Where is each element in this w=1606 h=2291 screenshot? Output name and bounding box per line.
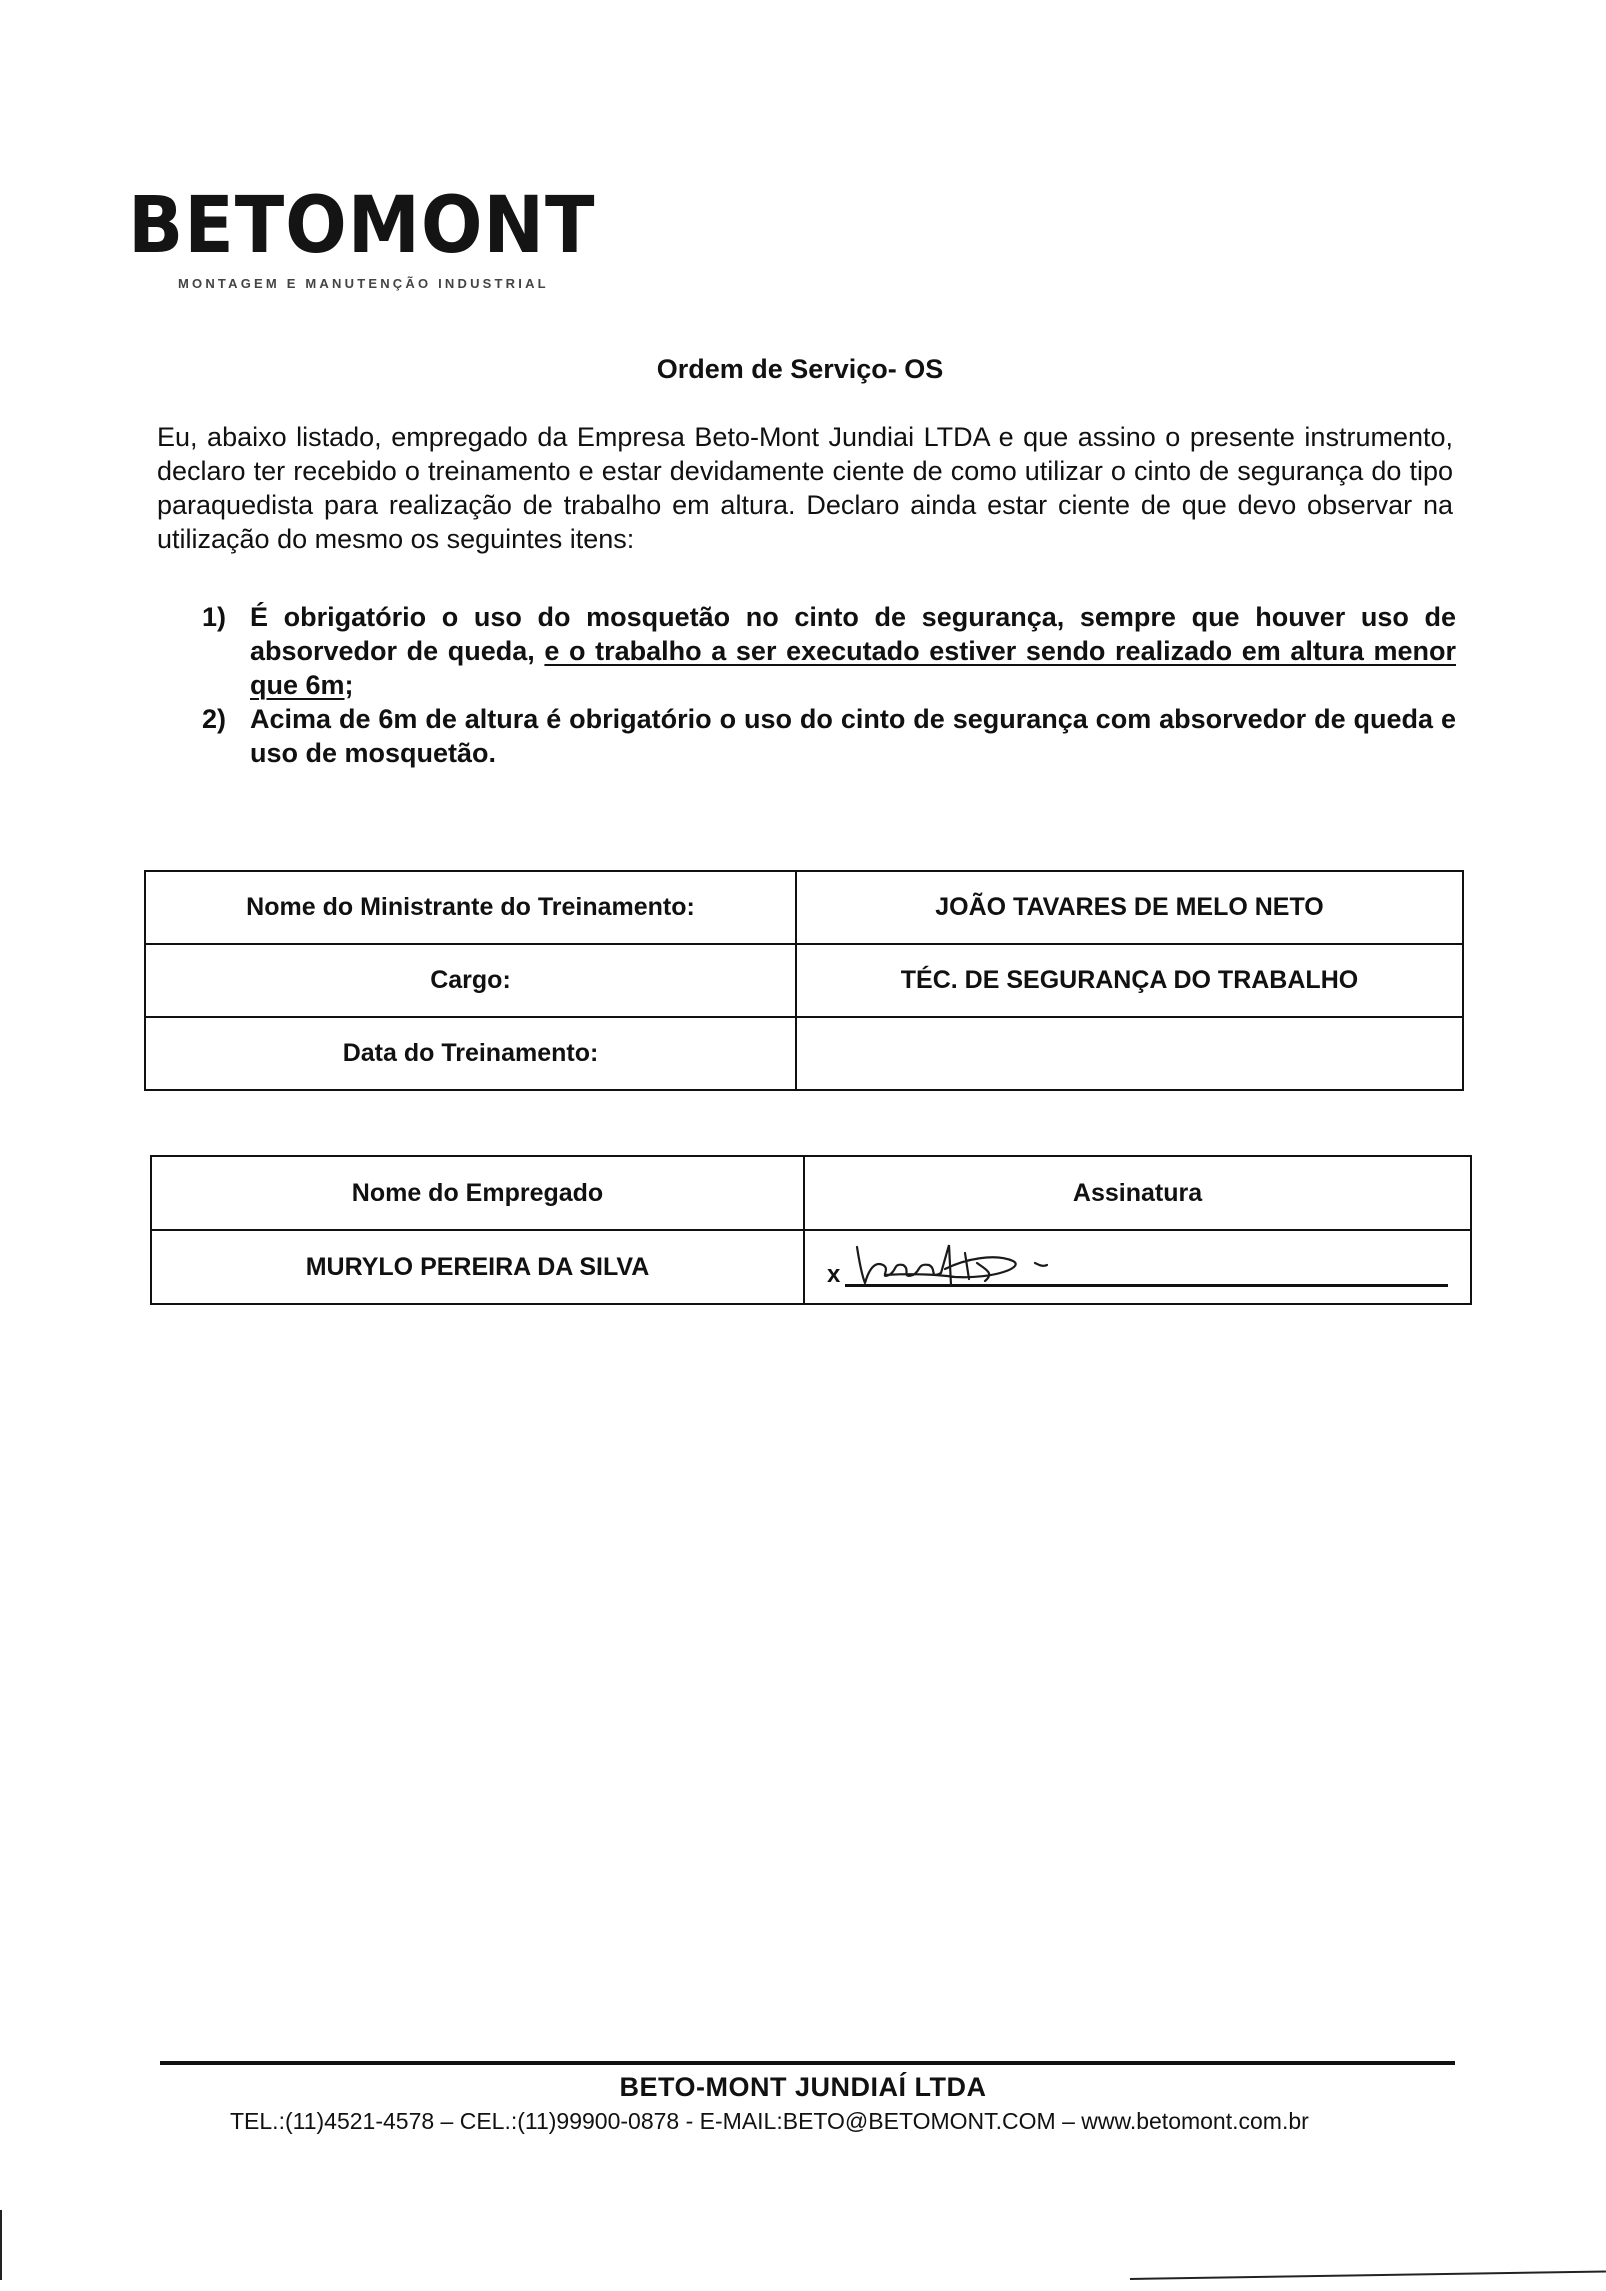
company-logo: BETOMONT — [128, 186, 547, 266]
table-header-row: Nome do Empregado Assinatura — [151, 1156, 1471, 1230]
list-item-number: 2) — [202, 702, 226, 736]
footer-contact-info: TEL.:(11)4521-4578 – CEL.:(11)99900-0878… — [230, 2108, 1430, 2135]
scan-edge-mark — [0, 2210, 2, 2280]
table-row: MURYLO PEREIRA DA SILVA x — [151, 1230, 1471, 1304]
trainer-name-label: Nome do Ministrante do Treinamento: — [145, 871, 796, 944]
requirements-list: 1) É obrigatório o uso do mosquetão no c… — [196, 600, 1456, 770]
employee-signature-table: Nome do Empregado Assinatura MURYLO PERE… — [150, 1155, 1472, 1305]
company-logo-tagline: MONTAGEM E MANUTENÇÃO INDUSTRIAL — [178, 276, 538, 291]
training-date-value — [796, 1017, 1463, 1090]
trainer-role-label: Cargo: — [145, 944, 796, 1017]
employee-name-value: MURYLO PEREIRA DA SILVA — [151, 1230, 804, 1304]
signature-header: Assinatura — [804, 1156, 1471, 1230]
signature-cell: x — [804, 1230, 1471, 1304]
training-date-label: Data do Treinamento: — [145, 1017, 796, 1090]
trainer-name-value: JOÃO TAVARES DE MELO NETO — [796, 871, 1463, 944]
list-item-suffix: ; — [345, 670, 354, 700]
table-row: Data do Treinamento: — [145, 1017, 1463, 1090]
intro-paragraph: Eu, abaixo listado, empregado da Empresa… — [157, 420, 1453, 556]
table-row: Cargo: TÉC. DE SEGURANÇA DO TRABALHO — [145, 944, 1463, 1017]
table-row: Nome do Ministrante do Treinamento: JOÃO… — [145, 871, 1463, 944]
list-item-text: Acima de 6m de altura é obrigatório o us… — [250, 704, 1456, 768]
scan-edge-mark — [1130, 2271, 1606, 2280]
document-title-text: Ordem de Serviço- OS — [657, 354, 944, 384]
signature-prefix: x — [827, 1261, 840, 1289]
list-item: 2) Acima de 6m de altura é obrigatório o… — [196, 702, 1456, 770]
trainer-role-value: TÉC. DE SEGURANÇA DO TRABALHO — [796, 944, 1463, 1017]
training-info-table: Nome do Ministrante do Treinamento: JOÃO… — [144, 870, 1464, 1091]
list-item: 1) É obrigatório o uso do mosquetão no c… — [196, 600, 1456, 702]
handwritten-signature-icon — [845, 1239, 1075, 1289]
employee-name-header: Nome do Empregado — [151, 1156, 804, 1230]
footer-divider — [160, 2061, 1455, 2065]
list-item-number: 1) — [202, 600, 226, 634]
footer-company-name: BETO-MONT JUNDIAÍ LTDA — [0, 2072, 1606, 2103]
document-title: Ordem de Serviço- OS — [0, 354, 1606, 385]
